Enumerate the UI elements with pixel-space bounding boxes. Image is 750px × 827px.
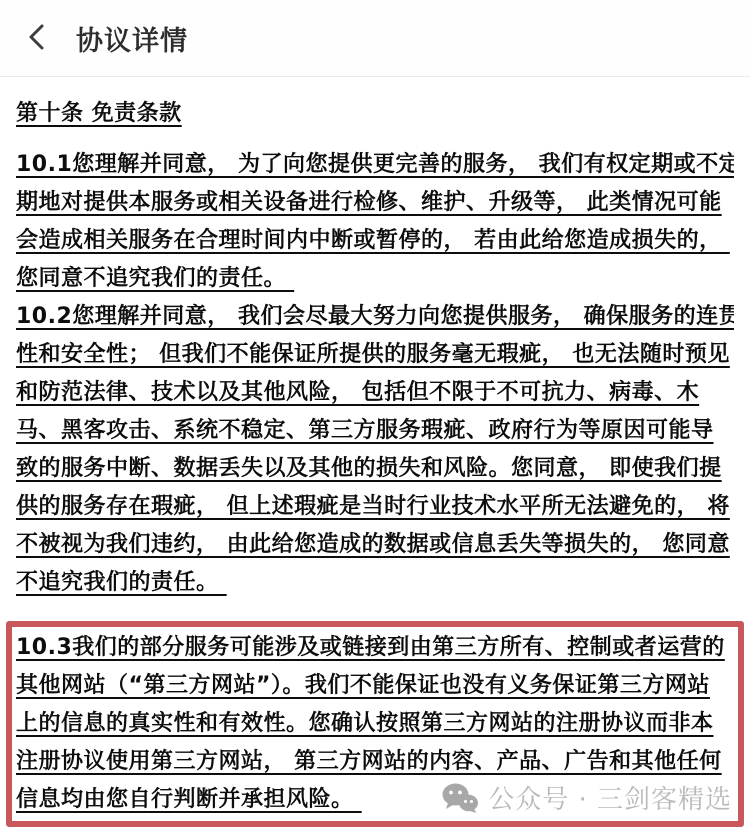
clause-heading: 第十条 免责条款: [16, 95, 734, 133]
agreement-line: 注册协议使用第三方网站， 第三方网站的内容、产品、广告和其他任何: [16, 743, 734, 781]
agreement-line: 期地对提供本服务或相关设备进行检修、维护、升级等， 此类情况可能: [16, 184, 734, 222]
clause-10-2: 10.2您理解并同意， 我们会尽最大努力向您提供服务， 确保服务的连贯 性和安全…: [16, 298, 734, 602]
agreement-line: 其他网站（“第三方网站”）。我们不能保证也没有义务保证第三方网站: [16, 667, 734, 705]
header: 协议详情: [0, 0, 750, 76]
agreement-detail-page: 协议详情 第十条 免责条款 10.1您理解并同意， 为了向您提供更完善的服务， …: [0, 0, 750, 827]
agreement-line: 致的服务中断、数据丢失以及其他的损失和风险。您同意， 即使我们提: [16, 450, 734, 488]
agreement-line: 您同意不追究我们的责任。: [16, 260, 734, 298]
page-title: 协议详情: [76, 19, 188, 58]
agreement-line: 10.2您理解并同意， 我们会尽最大努力向您提供服务， 确保服务的连贯: [16, 298, 734, 336]
agreement-line: 会造成相关服务在合理时间内中断或暂停的， 若由此给您造成损失的，: [16, 222, 734, 260]
back-button[interactable]: [26, 18, 60, 58]
agreement-line: 10.1您理解并同意， 为了向您提供更完善的服务， 我们有权定期或不定: [16, 146, 734, 184]
clause-10-1: 10.1您理解并同意， 为了向您提供更完善的服务， 我们有权定期或不定 期地对提…: [16, 146, 734, 298]
agreement-scroll-area[interactable]: 第十条 免责条款 10.1您理解并同意， 为了向您提供更完善的服务， 我们有权定…: [0, 77, 750, 827]
agreement-line: 信息均由您自行判断并承担风险。: [16, 781, 734, 819]
chevron-left-icon: [26, 21, 46, 56]
highlighted-clause-10-3: 10.3我们的部分服务可能涉及或链接到由第三方所有、控制或者运营的 其他网站（“…: [6, 621, 744, 827]
agreement-line: 上的信息的真实性和有效性。您确认按照第三方网站的注册协议而非本: [16, 705, 734, 743]
agreement-line: 供的服务存在瑕疵， 但上述瑕疵是当时行业技术水平所无法避免的， 将: [16, 488, 734, 526]
agreement-line: 不追究我们的责任。: [16, 564, 734, 602]
agreement-line: 不被视为我们违约， 由此给您造成的数据或信息丢失等损失的， 您同意: [16, 526, 734, 564]
agreement-line: 和防范法律、技术以及其他风险， 包括但不限于不可抗力、病毒、木: [16, 374, 734, 412]
agreement-line: 10.3我们的部分服务可能涉及或链接到由第三方所有、控制或者运营的: [16, 629, 734, 667]
agreement-line: 马、黑客攻击、系统不稳定、第三方服务瑕疵、政府行为等原因可能导: [16, 412, 734, 450]
agreement-line: 性和安全性； 但我们不能保证所提供的服务毫无瑕疵， 也无法随时预见: [16, 336, 734, 374]
